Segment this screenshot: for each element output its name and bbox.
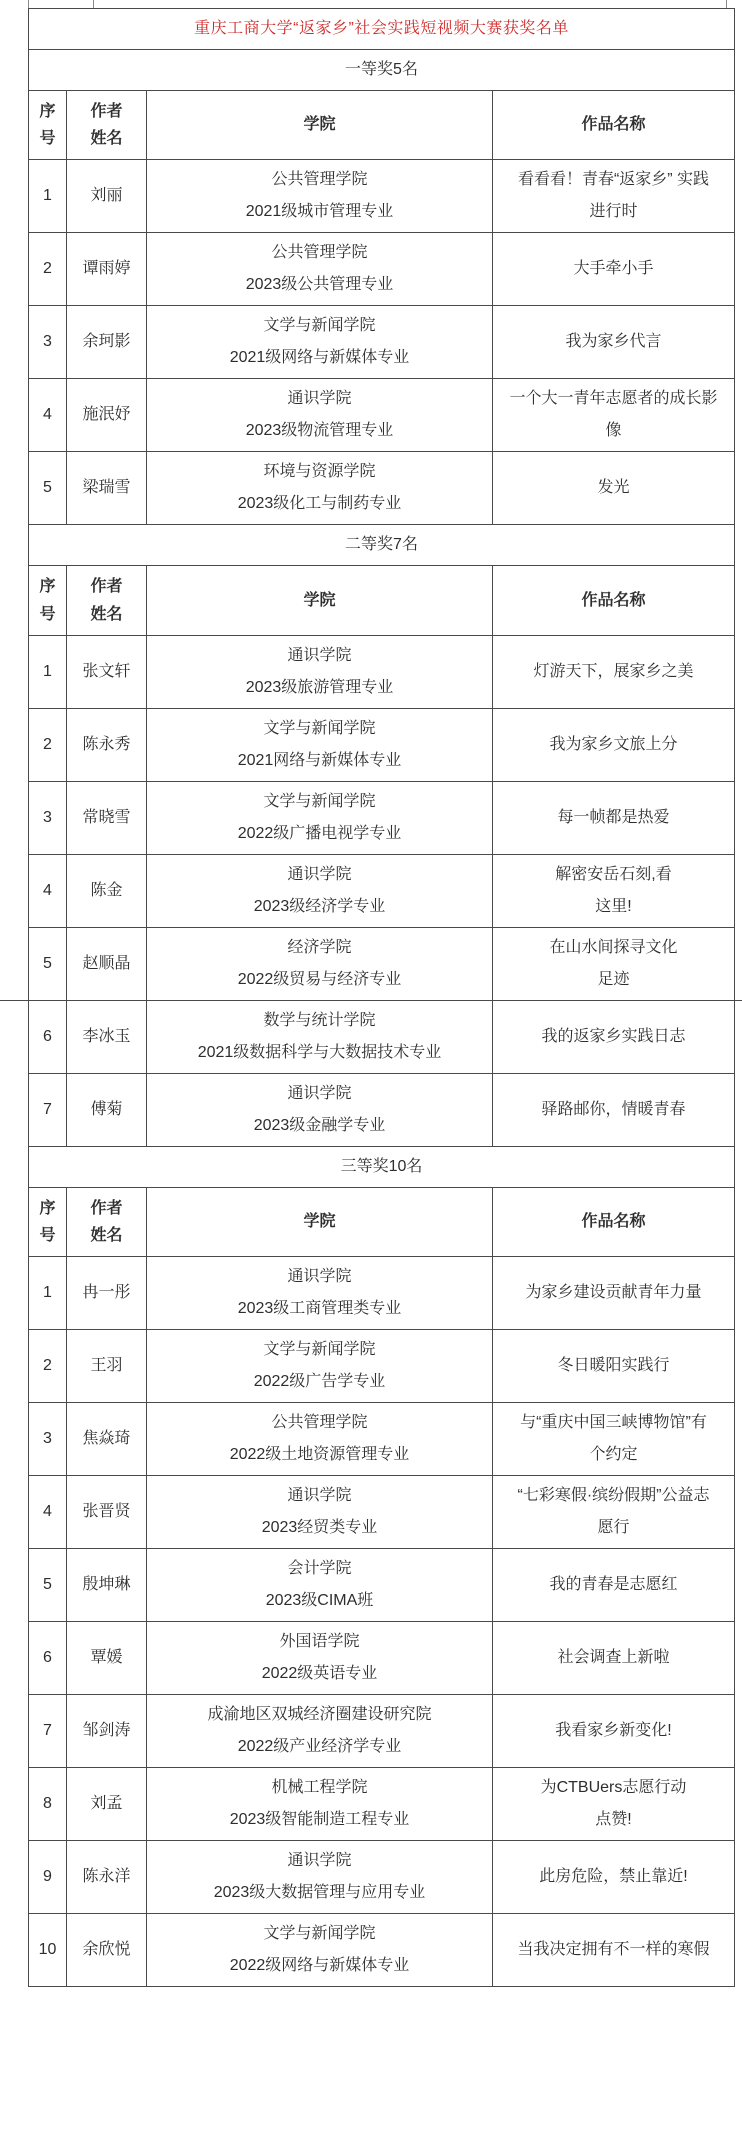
row-index: 7 [29, 1073, 67, 1146]
table-row: 2 谭雨婷 公共管理学院2023级公共管理专业 大手牵小手 [29, 233, 735, 306]
row-index: 9 [29, 1841, 67, 1914]
col-header-work: 作品名称 [493, 566, 735, 635]
header-row: 序号 作者姓名 学院 作品名称 [29, 1187, 735, 1256]
college-cell: 通识学院2023级物流管理专业 [147, 379, 493, 452]
table-row: 4 施泯妤 通识学院2023级物流管理专业 一个大一青年志愿者的成长影 像 [29, 379, 735, 452]
table-row: 1 冉一彤 通识学院2023级工商管理类专业 为家乡建设贡献青年力量 [29, 1257, 735, 1330]
college-cell: 文学与新闻学院2022级网络与新媒体专业 [147, 1914, 493, 1987]
awards-table-part-2: 6 李冰玉 数学与统计学院2021级数据科学与大数据技术专业 我的返家乡实践日志… [28, 1001, 735, 1987]
row-index: 2 [29, 233, 67, 306]
row-index: 7 [29, 1695, 67, 1768]
row-index: 2 [29, 708, 67, 781]
college-name: 通识学院 [153, 1480, 486, 1512]
college-cell: 数学与统计学院2021级数据科学与大数据技术专业 [147, 1001, 493, 1074]
author-name: 李冰玉 [67, 1001, 147, 1074]
col-header-author: 作者姓名 [67, 566, 147, 635]
table-row: 4 张晋贤 通识学院2023经贸类专业 “七彩寒假·缤纷假期”公益志 愿行 [29, 1476, 735, 1549]
col-header-index: 序号 [29, 91, 67, 160]
work-title: 每一帧都是热爱 [493, 781, 735, 854]
author-name: 余珂影 [67, 306, 147, 379]
section-row-third-prize: 三等奖10名 [29, 1146, 735, 1187]
college-cell: 环境与资源学院2023级化工与制药专业 [147, 452, 493, 525]
table-row: 4 陈金 通识学院2023级经济学专业 解密安岳石刻,看 这里! [29, 854, 735, 927]
college-name: 文学与新闻学院 [153, 310, 486, 342]
table-row: 5 殷坤琳 会计学院2023级CIMA班 我的青春是志愿红 [29, 1549, 735, 1622]
work-title: 我为家乡文旅上分 [493, 708, 735, 781]
top-edge-tick [726, 0, 727, 8]
college-name: 公共管理学院 [153, 237, 486, 269]
table-row: 2 陈永秀 文学与新闻学院2021网络与新媒体专业 我为家乡文旅上分 [29, 708, 735, 781]
section-row-second-prize: 二等奖7名 [29, 525, 735, 566]
major-name: 2021级网络与新媒体专业 [153, 342, 486, 374]
title-row: 重庆工商大学“返家乡”社会实践短视频大赛获奖名单 [29, 9, 735, 50]
author-name: 谭雨婷 [67, 233, 147, 306]
header-row: 序号 作者姓名 学院 作品名称 [29, 91, 735, 160]
college-name: 环境与资源学院 [153, 456, 486, 488]
award-document: 重庆工商大学“返家乡”社会实践短视频大赛获奖名单 一等奖5名 序号 作者姓名 学… [0, 8, 742, 2005]
major-name: 2022级网络与新媒体专业 [153, 1950, 486, 1982]
table-row: 5 赵顺晶 经济学院2022级贸易与经济专业 在山水间探寻文化 足迹 [29, 927, 735, 1000]
college-cell: 外国语学院2022级英语专业 [147, 1622, 493, 1695]
author-name: 陈永秀 [67, 708, 147, 781]
table-row: 10 余欣悦 文学与新闻学院2022级网络与新媒体专业 当我决定拥有不一样的寒假 [29, 1914, 735, 1987]
table-row: 9 陈永洋 通识学院2023级大数据管理与应用专业 此房危险，禁止靠近! [29, 1841, 735, 1914]
author-name: 陈永洋 [67, 1841, 147, 1914]
work-title: 在山水间探寻文化 足迹 [493, 927, 735, 1000]
college-name: 会计学院 [153, 1553, 486, 1585]
major-name: 2023级金融学专业 [153, 1110, 486, 1142]
col-header-work: 作品名称 [493, 91, 735, 160]
college-cell: 通识学院2023级经济学专业 [147, 854, 493, 927]
college-cell: 通识学院2023级大数据管理与应用专业 [147, 1841, 493, 1914]
row-index: 6 [29, 1622, 67, 1695]
work-title: 一个大一青年志愿者的成长影 像 [493, 379, 735, 452]
table-row: 2 王羽 文学与新闻学院2022级广告学专业 冬日暖阳实践行 [29, 1330, 735, 1403]
author-name: 冉一彤 [67, 1257, 147, 1330]
college-cell: 文学与新闻学院2021级网络与新媒体专业 [147, 306, 493, 379]
college-name: 机械工程学院 [153, 1772, 486, 1804]
section-row-first-prize: 一等奖5名 [29, 50, 735, 91]
college-name: 公共管理学院 [153, 1407, 486, 1439]
row-index: 10 [29, 1914, 67, 1987]
row-index: 3 [29, 781, 67, 854]
table-row: 8 刘孟 机械工程学院2023级智能制造工程专业 为CTBUers志愿行动 点赞… [29, 1768, 735, 1841]
page-title: 重庆工商大学“返家乡”社会实践短视频大赛获奖名单 [29, 9, 735, 50]
work-title: “七彩寒假·缤纷假期”公益志 愿行 [493, 1476, 735, 1549]
table-row: 3 常晓雪 文学与新闻学院2022级广播电视学专业 每一帧都是热爱 [29, 781, 735, 854]
major-name: 2023级旅游管理专业 [153, 672, 486, 704]
college-name: 通识学院 [153, 640, 486, 672]
work-title: 解密安岳石刻,看 这里! [493, 854, 735, 927]
awards-table-part-1: 重庆工商大学“返家乡”社会实践短视频大赛获奖名单 一等奖5名 序号 作者姓名 学… [28, 8, 735, 1000]
col-header-author: 作者姓名 [67, 91, 147, 160]
author-name: 赵顺晶 [67, 927, 147, 1000]
row-index: 3 [29, 306, 67, 379]
row-index: 1 [29, 1257, 67, 1330]
college-name: 通识学院 [153, 383, 486, 415]
major-name: 2023级大数据管理与应用专业 [153, 1877, 486, 1909]
major-name: 2022级英语专业 [153, 1658, 486, 1690]
college-cell: 通识学院2023级金融学专业 [147, 1073, 493, 1146]
major-name: 2023级公共管理专业 [153, 269, 486, 301]
row-index: 6 [29, 1001, 67, 1074]
college-name: 文学与新闻学院 [153, 786, 486, 818]
major-name: 2023级化工与制药专业 [153, 488, 486, 520]
row-index: 4 [29, 1476, 67, 1549]
row-index: 5 [29, 1549, 67, 1622]
work-title: 为家乡建设贡献青年力量 [493, 1257, 735, 1330]
work-title: 我的返家乡实践日志 [493, 1001, 735, 1074]
row-index: 5 [29, 452, 67, 525]
row-index: 8 [29, 1768, 67, 1841]
col-header-college: 学院 [147, 566, 493, 635]
row-index: 5 [29, 927, 67, 1000]
college-cell: 通识学院2023经贸类专业 [147, 1476, 493, 1549]
college-name: 公共管理学院 [153, 164, 486, 196]
major-name: 2022级产业经济学专业 [153, 1731, 486, 1763]
college-name: 通识学院 [153, 1078, 486, 1110]
table-row: 3 焦焱琦 公共管理学院2022级土地资源管理专业 与“重庆中国三峡博物馆”有 … [29, 1403, 735, 1476]
author-name: 傅菊 [67, 1073, 147, 1146]
author-name: 王羽 [67, 1330, 147, 1403]
college-cell: 机械工程学院2023级智能制造工程专业 [147, 1768, 493, 1841]
section-label: 一等奖5名 [29, 50, 735, 91]
college-name: 成渝地区双城经济圈建设研究院 [153, 1699, 486, 1731]
row-index: 1 [29, 635, 67, 708]
major-name: 2023级工商管理类专业 [153, 1293, 486, 1325]
work-title: 大手牵小手 [493, 233, 735, 306]
college-name: 文学与新闻学院 [153, 713, 486, 745]
college-name: 经济学院 [153, 932, 486, 964]
college-name: 通识学院 [153, 859, 486, 891]
author-name: 梁瑞雪 [67, 452, 147, 525]
major-name: 2021级城市管理专业 [153, 196, 486, 228]
table-row: 6 李冰玉 数学与统计学院2021级数据科学与大数据技术专业 我的返家乡实践日志 [29, 1001, 735, 1074]
author-name: 张文轩 [67, 635, 147, 708]
top-edge-artifact [0, 0, 742, 8]
col-header-college: 学院 [147, 1187, 493, 1256]
row-index: 4 [29, 379, 67, 452]
work-title: 我看家乡新变化! [493, 1695, 735, 1768]
college-cell: 经济学院2022级贸易与经济专业 [147, 927, 493, 1000]
major-name: 2023级智能制造工程专业 [153, 1804, 486, 1836]
row-index: 2 [29, 1330, 67, 1403]
work-title: 为CTBUers志愿行动 点赞! [493, 1768, 735, 1841]
table-row: 7 邹剑涛 成渝地区双城经济圈建设研究院2022级产业经济学专业 我看家乡新变化… [29, 1695, 735, 1768]
table-row: 6 覃媛 外国语学院2022级英语专业 社会调查上新啦 [29, 1622, 735, 1695]
col-header-author: 作者姓名 [67, 1187, 147, 1256]
col-header-work: 作品名称 [493, 1187, 735, 1256]
row-index: 4 [29, 854, 67, 927]
col-header-college: 学院 [147, 91, 493, 160]
author-name: 张晋贤 [67, 1476, 147, 1549]
top-edge-tick [28, 0, 29, 8]
work-title: 我的青春是志愿红 [493, 1549, 735, 1622]
college-cell: 文学与新闻学院2022级广播电视学专业 [147, 781, 493, 854]
author-name: 余欣悦 [67, 1914, 147, 1987]
college-name: 文学与新闻学院 [153, 1334, 486, 1366]
table-row: 7 傅菊 通识学院2023级金融学专业 驿路邮你，情暖青春 [29, 1073, 735, 1146]
college-cell: 通识学院2023级旅游管理专业 [147, 635, 493, 708]
work-title: 灯游天下，展家乡之美 [493, 635, 735, 708]
table-row: 1 刘丽 公共管理学院2021级城市管理专业 看看看！青春“返家乡” 实践 进行… [29, 160, 735, 233]
major-name: 2023级经济学专业 [153, 891, 486, 923]
header-row: 序号 作者姓名 学院 作品名称 [29, 566, 735, 635]
row-index: 1 [29, 160, 67, 233]
major-name: 2022级广播电视学专业 [153, 818, 486, 850]
work-title: 看看看！青春“返家乡” 实践 进行时 [493, 160, 735, 233]
author-name: 殷坤琳 [67, 1549, 147, 1622]
author-name: 陈金 [67, 854, 147, 927]
work-title: 冬日暖阳实践行 [493, 1330, 735, 1403]
section-label: 三等奖10名 [29, 1146, 735, 1187]
top-edge-tick [93, 0, 94, 8]
college-name: 外国语学院 [153, 1626, 486, 1658]
work-title: 驿路邮你，情暖青春 [493, 1073, 735, 1146]
college-name: 通识学院 [153, 1261, 486, 1293]
table-row: 3 余珂影 文学与新闻学院2021级网络与新媒体专业 我为家乡代言 [29, 306, 735, 379]
major-name: 2023经贸类专业 [153, 1512, 486, 1544]
major-name: 2023级物流管理专业 [153, 415, 486, 447]
author-name: 施泯妤 [67, 379, 147, 452]
college-name: 数学与统计学院 [153, 1005, 486, 1037]
college-cell: 会计学院2023级CIMA班 [147, 1549, 493, 1622]
author-name: 刘孟 [67, 1768, 147, 1841]
work-title: 与“重庆中国三峡博物馆”有 个约定 [493, 1403, 735, 1476]
col-header-index: 序号 [29, 566, 67, 635]
work-title: 社会调查上新啦 [493, 1622, 735, 1695]
work-title: 我为家乡代言 [493, 306, 735, 379]
author-name: 刘丽 [67, 160, 147, 233]
author-name: 邹剑涛 [67, 1695, 147, 1768]
table-row: 5 梁瑞雪 环境与资源学院2023级化工与制药专业 发光 [29, 452, 735, 525]
college-cell: 公共管理学院2023级公共管理专业 [147, 233, 493, 306]
author-name: 常晓雪 [67, 781, 147, 854]
major-name: 2022级贸易与经济专业 [153, 964, 486, 996]
work-title: 此房危险，禁止靠近! [493, 1841, 735, 1914]
college-cell: 通识学院2023级工商管理类专业 [147, 1257, 493, 1330]
table-row: 1 张文轩 通识学院2023级旅游管理专业 灯游天下，展家乡之美 [29, 635, 735, 708]
college-name: 文学与新闻学院 [153, 1918, 486, 1950]
college-cell: 公共管理学院2021级城市管理专业 [147, 160, 493, 233]
author-name: 焦焱琦 [67, 1403, 147, 1476]
college-cell: 文学与新闻学院2022级广告学专业 [147, 1330, 493, 1403]
section-label: 二等奖7名 [29, 525, 735, 566]
work-title: 发光 [493, 452, 735, 525]
row-index: 3 [29, 1403, 67, 1476]
college-name: 通识学院 [153, 1845, 486, 1877]
major-name: 2021级数据科学与大数据技术专业 [153, 1037, 486, 1069]
work-title: 当我决定拥有不一样的寒假 [493, 1914, 735, 1987]
college-cell: 公共管理学院2022级土地资源管理专业 [147, 1403, 493, 1476]
college-cell: 成渝地区双城经济圈建设研究院2022级产业经济学专业 [147, 1695, 493, 1768]
col-header-index: 序号 [29, 1187, 67, 1256]
major-name: 2022级广告学专业 [153, 1366, 486, 1398]
college-cell: 文学与新闻学院2021网络与新媒体专业 [147, 708, 493, 781]
major-name: 2021网络与新媒体专业 [153, 745, 486, 777]
major-name: 2022级土地资源管理专业 [153, 1439, 486, 1471]
major-name: 2023级CIMA班 [153, 1585, 486, 1617]
author-name: 覃媛 [67, 1622, 147, 1695]
